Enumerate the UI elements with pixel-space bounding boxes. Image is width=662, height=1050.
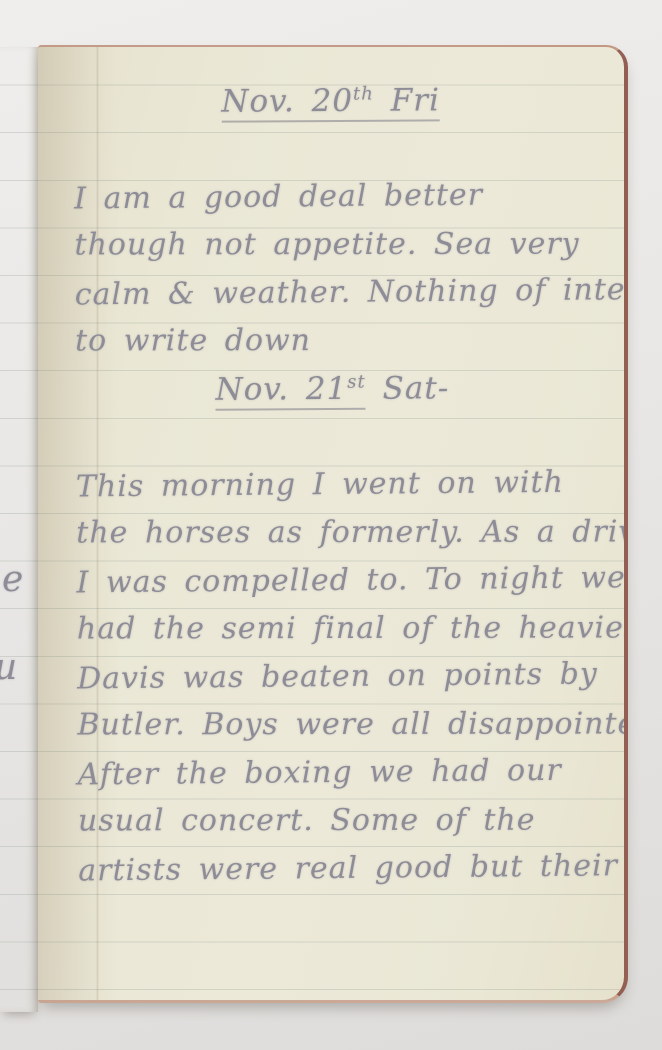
manuscript-line: calm & weather. Nothing of interest	[67, 272, 597, 325]
facing-page-edge: eu	[0, 47, 38, 1012]
heading-underlined-text: Nov. 21st	[215, 371, 365, 411]
manuscript-line: This morning I went on with	[68, 464, 598, 517]
blank-ruled-line	[66, 129, 596, 180]
notebook-page: Nov. 20th Fri I am a good deal bettertho…	[38, 45, 628, 1003]
heading-ordinal: th	[353, 83, 374, 104]
manuscript-line: artists were real good but their	[70, 848, 600, 901]
manuscript-line: usual concert. Some of the	[70, 803, 600, 852]
facing-page-text-fragment: u	[0, 647, 17, 688]
heading-underlined-text: Nov. 20th Fri	[221, 82, 440, 122]
heading-date: Nov. 21	[215, 371, 347, 408]
entry-body: This morning I went on withthe horses as…	[68, 465, 601, 900]
manuscript-line: I am a good deal better	[66, 176, 596, 229]
manuscript-line: After the boxing we had our	[70, 752, 600, 805]
manuscript-line: to write down	[67, 323, 597, 372]
diary-entry-nov-20: Nov. 20th Fri I am a good deal bettertho…	[66, 81, 598, 372]
diary-entry-nov-21: Nov. 21st Sat- This morning I went on wi…	[67, 369, 600, 900]
heading-ordinal: st	[347, 371, 366, 392]
entry-date-heading: Nov. 20th Fri	[66, 81, 596, 132]
blank-ruled-line	[68, 417, 598, 468]
manuscript-line: Butler. Boys were all disappointed	[69, 707, 599, 756]
manuscript-line: though not appetite. Sea very	[66, 227, 596, 276]
diary-manuscript: Nov. 20th Fri I am a good deal bettertho…	[66, 81, 601, 900]
facing-page-text-fragment: e	[2, 559, 23, 600]
manuscript-line: Davis was beaten on points by	[69, 656, 599, 709]
photograph-background: eu Nov. 20th Fri I am a good deal better…	[0, 0, 662, 1050]
heading-day: Fri	[374, 82, 440, 118]
manuscript-line: I was compelled to. To night we	[68, 560, 598, 613]
entry-date-heading: Nov. 21st Sat-	[67, 369, 597, 420]
heading-date: Nov. 20	[221, 83, 353, 120]
heading-day: Sat-	[366, 370, 450, 407]
entry-body: I am a good deal betterthough not appeti…	[66, 177, 597, 372]
manuscript-line: the horses as formerly. As a driver	[68, 515, 598, 564]
manuscript-line: had the semi final of the heavies.	[69, 611, 599, 660]
